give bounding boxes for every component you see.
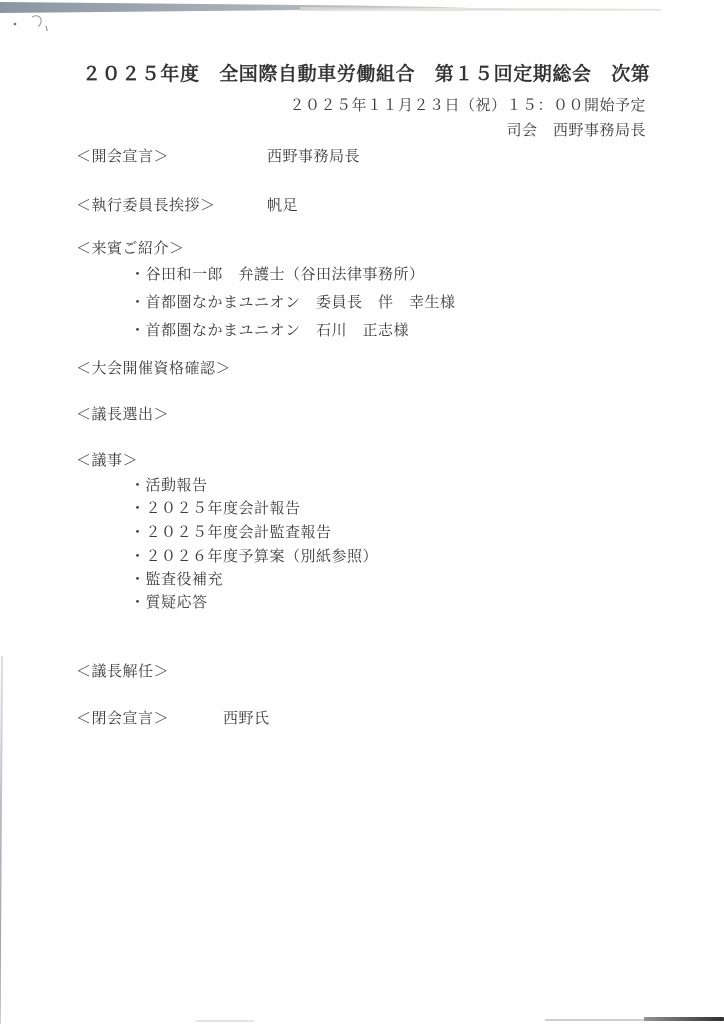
- section-chair-greeting-value: 帆足: [267, 197, 298, 215]
- section-guests-label: ＜来賓ご紹介＞: [76, 240, 185, 258]
- agenda-item: ・２０２６年度予算案（別紙参照）: [130, 548, 378, 566]
- meeting-datetime: ２０２５年１１月２３日（祝）１５：００開始予定: [289, 97, 646, 115]
- scan-edge-artifact-bottom-faint: [196, 1020, 254, 1022]
- guest-item: ・谷田和一郎 弁護士（谷田法律事務所）: [130, 266, 425, 284]
- section-agenda-label: ＜議事＞: [76, 452, 138, 470]
- agenda-item: ・監査役補充: [130, 571, 223, 589]
- section-closing-value: 西野氏: [223, 710, 270, 728]
- section-closing-label: ＜閉会宣言＞: [76, 710, 169, 728]
- scan-edge-artifact-left: [0, 656, 3, 1024]
- scanned-agenda-document: ２０２５年度 全国際自動車労働組合 第１５回定期総会 次第 ２０２５年１１月２３…: [0, 0, 724, 1024]
- agenda-item: ・２０２５年度会計監査報告: [130, 524, 332, 542]
- scan-edge-artifact-bottom-mid: [545, 1019, 645, 1021]
- guest-item: ・首都圏なかまユニオン 委員長 伴 幸生様: [130, 294, 456, 312]
- section-chair-greeting-label: ＜執行委員長挨拶＞: [76, 197, 216, 215]
- section-eligibility-label: ＜大会開催資格確認＞: [76, 360, 231, 378]
- guest-item: ・首都圏なかまユニオン 石川 正志様: [130, 322, 409, 340]
- section-opening-label: ＜開会宣言＞: [76, 148, 169, 166]
- agenda-item: ・質疑応答: [130, 594, 208, 612]
- section-opening-value: 西野事務局長: [267, 148, 360, 166]
- scan-edge-artifact-top: [0, 0, 724, 18]
- moderator-line: 司会 西野事務局長: [506, 122, 646, 140]
- pen-mark-artifact: [8, 13, 56, 37]
- agenda-item: ・活動報告: [130, 477, 208, 495]
- section-chair-election-label: ＜議長選出＞: [76, 406, 169, 424]
- section-chair-dismissal-label: ＜議長解任＞: [76, 663, 169, 681]
- document-title: ２０２５年度 全国際自動車労働組合 第１５回定期総会 次第: [82, 64, 650, 87]
- scan-edge-artifact-bottom-dark: [644, 1017, 724, 1021]
- agenda-item: ・２０２５年度会計報告: [130, 500, 301, 518]
